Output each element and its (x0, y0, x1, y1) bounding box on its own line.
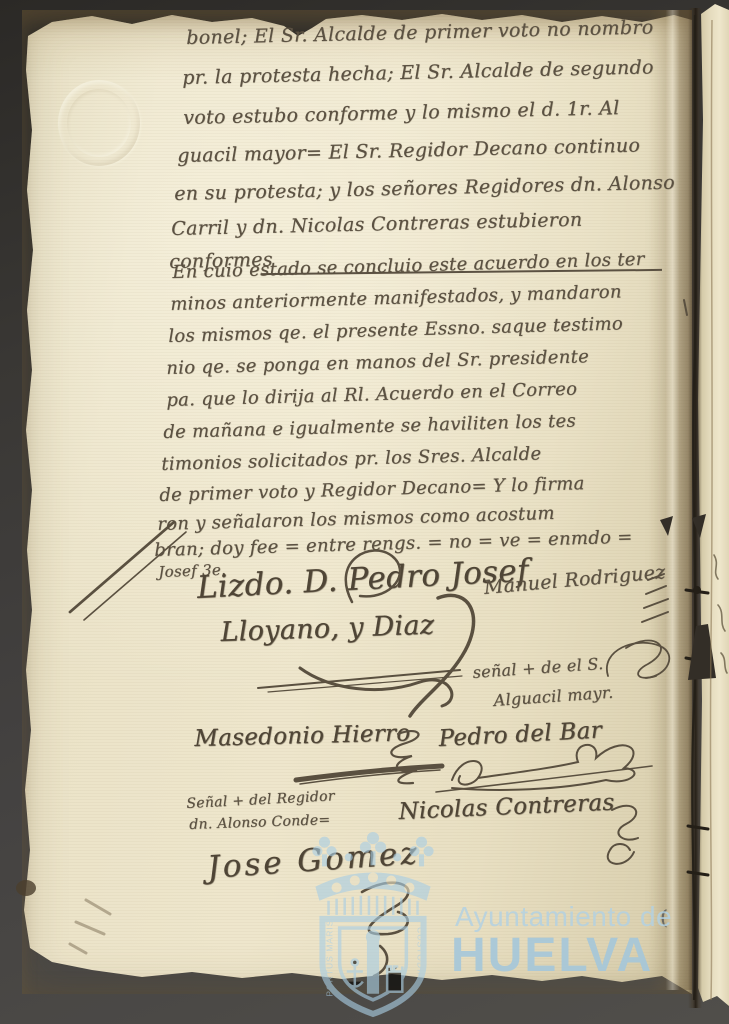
scan-background: bonel; El Sr. Alcalde de primer voto no … (0, 0, 729, 1024)
next-page-edge (698, 0, 729, 1024)
embossed-seal (58, 80, 140, 166)
pencil-mark: ( (660, 905, 668, 929)
